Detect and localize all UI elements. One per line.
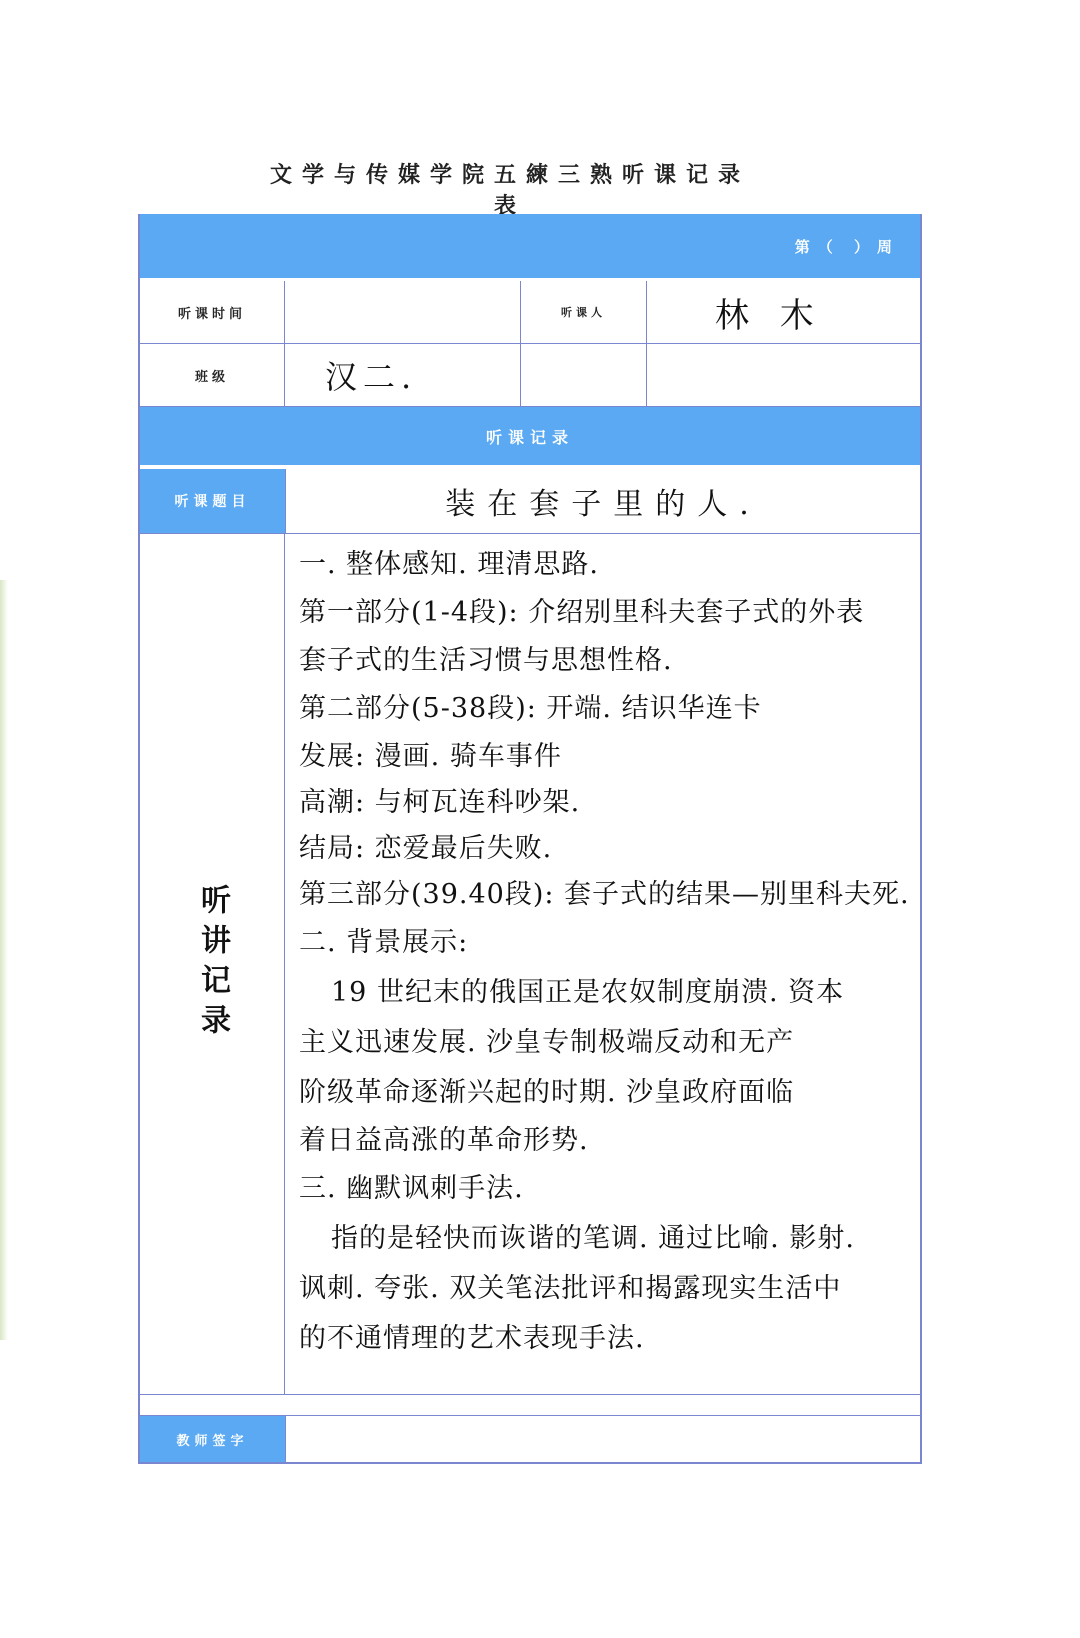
- note-line: 主义迅速发展. 沙皇专制极端反动和无产: [299, 1018, 920, 1068]
- note-line: 结局: 恋爱最后失败.: [299, 826, 920, 872]
- week-label: 第（ ）周: [795, 236, 900, 257]
- info-row-time: 听课时间 听课人 林 木: [140, 281, 920, 344]
- notes-row: 听讲记录 一. 整体感知. 理清思路. 第一部分(1-4段): 介绍别里科夫套子…: [140, 534, 920, 1395]
- record-band-label: 听课记录: [486, 425, 574, 448]
- class-label: 班级: [140, 344, 285, 406]
- topic-row: 听课题目 装在套子里的人.: [140, 469, 920, 534]
- observation-form: 第（ ）周 听课时间 听课人 林 木 班级 汉二. 听课记录 听课题目 装在套子…: [138, 214, 922, 1464]
- topic-label: 听课题目: [140, 469, 285, 533]
- notes-label: 听讲记录: [190, 884, 234, 1044]
- document-title: 文学与传媒学院五練三熟听课记录表: [270, 158, 750, 220]
- notes-label-cell: 听讲记录: [140, 534, 285, 1394]
- signature-row: 教师签字: [140, 1416, 920, 1462]
- note-line: 阶级革命逐渐兴起的时期. 沙皇政府面临: [299, 1068, 920, 1118]
- time-label: 听课时间: [140, 281, 285, 343]
- note-line: 一. 整体感知. 理清思路.: [299, 542, 920, 588]
- class-field[interactable]: 汉二.: [285, 344, 521, 406]
- time-field[interactable]: [285, 281, 521, 343]
- note-line: 套子式的生活习惯与思想性格.: [299, 638, 920, 684]
- note-line: 指的是轻快而诙谐的笔调. 通过比喻. 影射.: [299, 1214, 920, 1264]
- note-line: 着日益高涨的革命形势.: [299, 1118, 920, 1164]
- note-line: 高潮: 与柯瓦连科吵架.: [299, 780, 920, 826]
- listener-field[interactable]: 林 木: [647, 281, 920, 343]
- note-line: 三. 幽默讽刺手法.: [299, 1164, 920, 1214]
- note-line: 第一部分(1-4段): 介绍别里科夫套子式的外表: [299, 588, 920, 638]
- note-line: 第二部分(5-38段): 开端. 结识华连卡: [299, 684, 920, 734]
- note-line: 19 世纪末的俄国正是农奴制度崩溃. 资本: [299, 968, 920, 1018]
- note-line: 发展: 漫画. 骑车事件: [299, 734, 920, 780]
- record-header-band: 听课记录: [140, 407, 920, 469]
- extra-label-cell: [521, 344, 647, 406]
- signature-label: 教师签字: [140, 1416, 285, 1462]
- note-line: 的不通情理的艺术表现手法.: [299, 1314, 920, 1364]
- note-line: 二. 背景展示:: [299, 918, 920, 968]
- extra-field[interactable]: [647, 344, 920, 406]
- note-line: 讽刺. 夸张. 双关笔法批评和揭露现实生活中: [299, 1264, 920, 1314]
- form-spacer-row: [140, 1395, 920, 1416]
- notes-field[interactable]: 一. 整体感知. 理清思路. 第一部分(1-4段): 介绍别里科夫套子式的外表 …: [285, 534, 920, 1394]
- signature-field[interactable]: [285, 1416, 920, 1462]
- topic-field[interactable]: 装在套子里的人.: [285, 469, 920, 533]
- page-edge-shadow: [0, 580, 8, 1340]
- info-row-class: 班级 汉二.: [140, 344, 920, 407]
- note-line: 第三部分(39.40段): 套子式的结果—别里科夫死.: [299, 872, 920, 918]
- listener-label: 听课人: [521, 281, 647, 343]
- week-header-band: 第（ ）周: [140, 214, 920, 281]
